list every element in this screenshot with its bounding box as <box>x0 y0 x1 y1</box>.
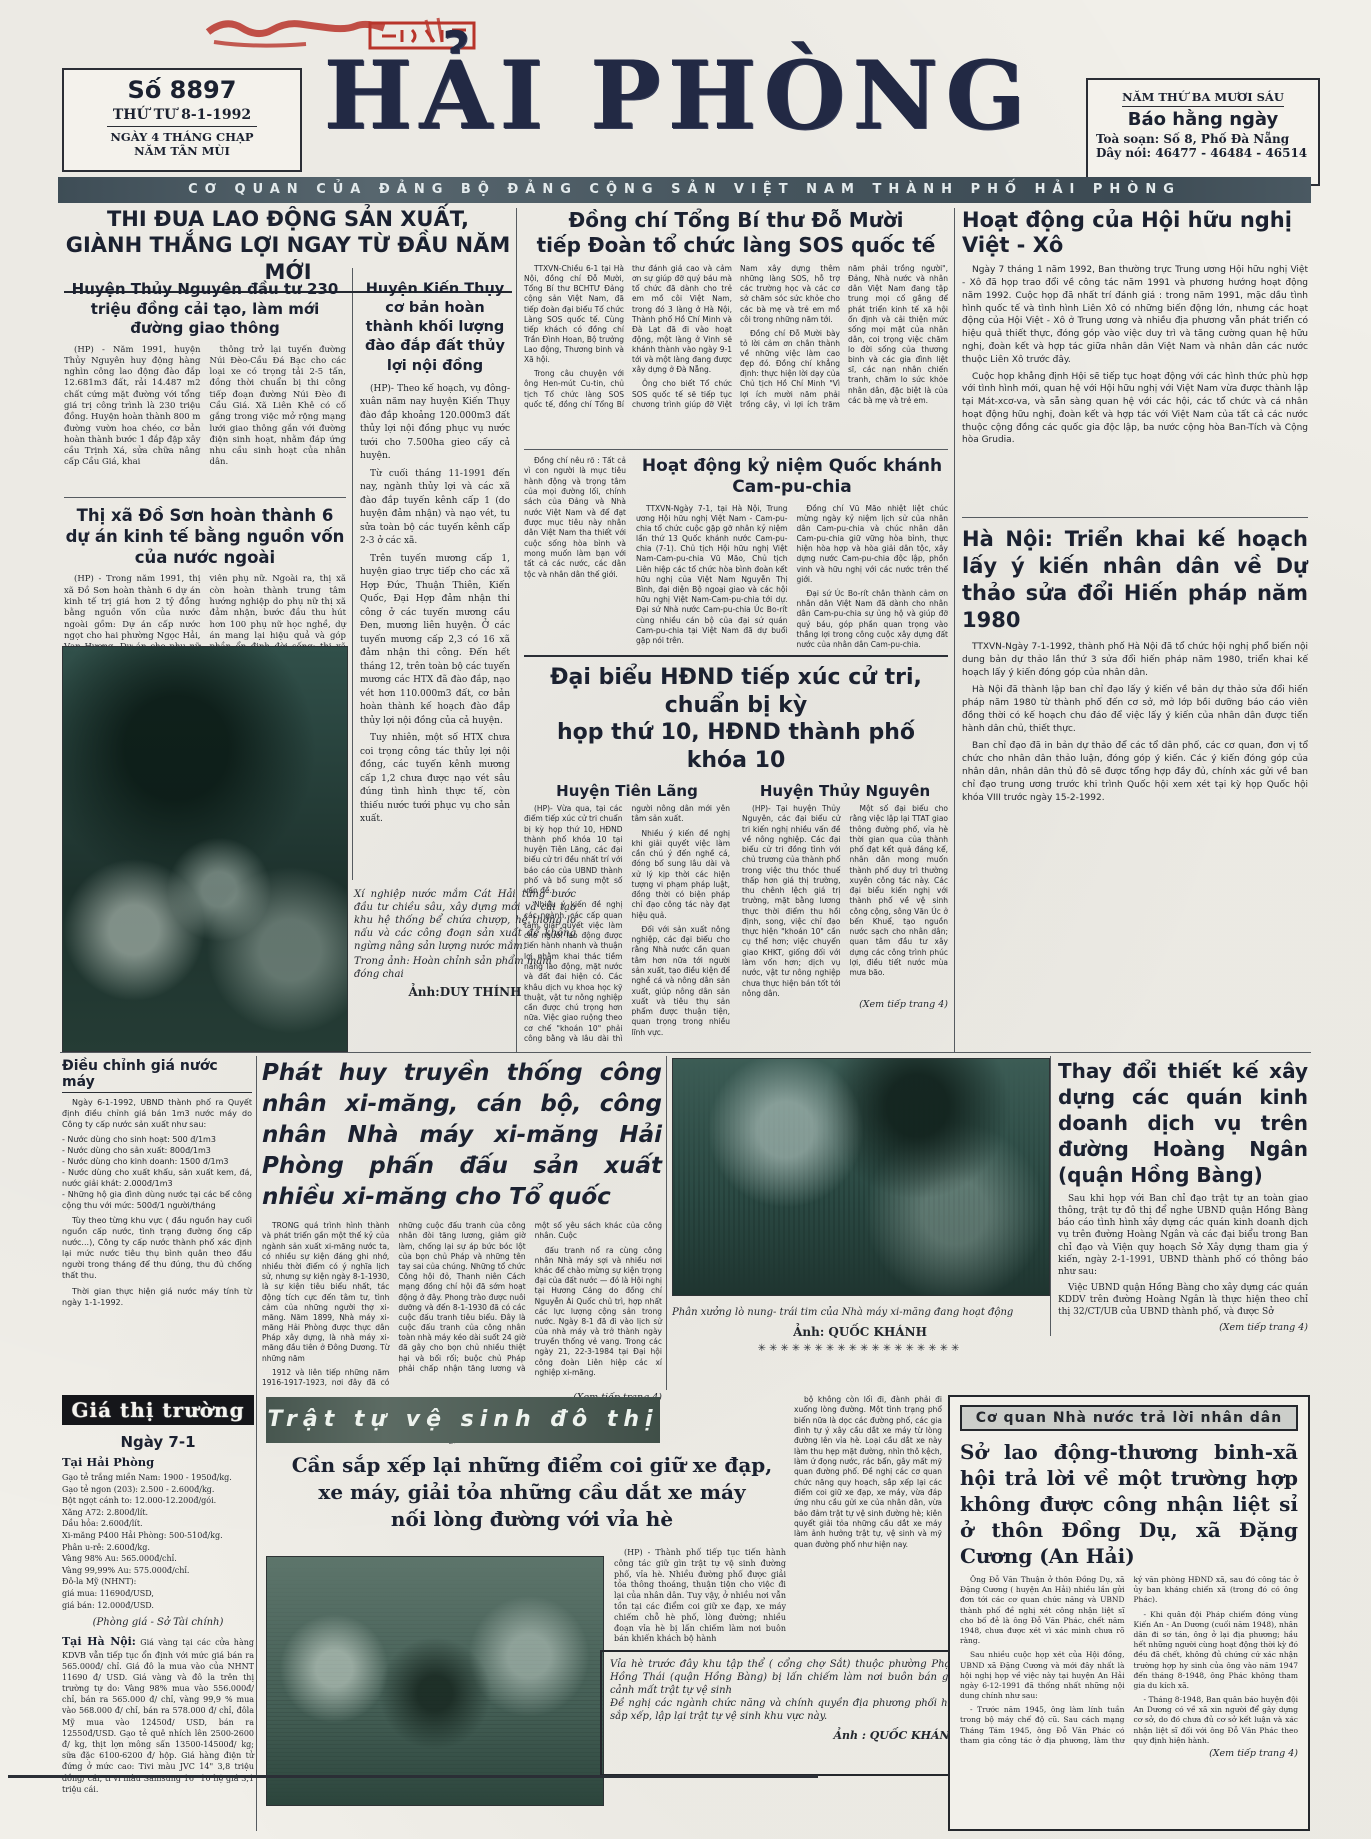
article-title-line2: tiếp Đoàn tổ chức làng SOS quốc tế <box>524 233 948 258</box>
photo-caption-box: Vỉa hè trước đây khu tập thể ( cổng chợ … <box>600 1650 970 1776</box>
subarticle-body: (HP)- Tại huyện Thủy Nguyên, các đại biể… <box>742 804 948 999</box>
price-line: Xăng A72: 2.800đ/lít. <box>62 1507 254 1519</box>
office-phone: Dây nói: 46477 - 46484 - 46514 <box>1092 146 1314 160</box>
article-title-line1: Đồng chí Tổng Bí thư Đỗ Mười <box>524 208 948 233</box>
article-kien-thuy-irrigation: Huyện Kiến Thụy cơ bản hoàn thành khối l… <box>360 280 510 831</box>
article-title-line2: Cam-pu-chia <box>636 477 948 498</box>
lunar-year: NĂM TÂN MÙI <box>68 144 296 158</box>
newspaper-title: HẢI PHÒNG <box>288 48 1068 146</box>
paragraph: Đối với sản xuất nông nghiệp, các đại bi… <box>632 925 731 1038</box>
paragraph: (HP) - Thành phố tiếp tục tiến hành công… <box>614 1548 786 1645</box>
article-body: TRONG quá trình hình thành và phát triển… <box>262 1221 662 1388</box>
divider <box>962 517 1308 518</box>
divider <box>60 1052 1311 1053</box>
paragraph: đấu tranh nổ ra cùng công nhân Nhà máy s… <box>535 1246 662 1378</box>
article-body: (HP)- Theo kế hoạch, vụ đông-xuân năm na… <box>360 383 510 827</box>
price-line: Vàng 98% Au: 565.000đ/chỉ. <box>62 1553 254 1565</box>
price-line: Gạo tẻ ngon (203): 2.500 - 2.600đ/kg. <box>62 1484 254 1496</box>
photo-credit: Ảnh : QUỐC KHÁNH <box>610 1729 960 1742</box>
article-do-muoi-sos: Đồng chí Tổng Bí thư Đỗ Mười tiếp Đoàn t… <box>524 208 948 410</box>
price-line: Xi-măng P400 Hải Phòng: 500-510đ/kg. <box>62 1530 254 1542</box>
paragraph: Ngày 7 tháng 1 năm 1992, Ban thường trực… <box>962 264 1308 366</box>
headline-line2: xe máy, giải tỏa những cầu dắt xe máy <box>268 1479 796 1506</box>
paragraph: Một số đại biểu cho rằng việc lập lại TT… <box>850 804 949 979</box>
divider <box>954 208 955 1053</box>
hanoi-price-text: Giá vàng tại các cửa hàng KDVB vẫn tiếp … <box>62 1638 254 1794</box>
section-market-prices: Giá thị trường Ngày 7-1 Tại Hải Phòng Gạ… <box>62 1395 254 1795</box>
urban-order-headline: Cần sắp xếp lại những điểm coi giữ xe đạ… <box>268 1452 796 1533</box>
photo-credit: Ảnh: QUỐC KHÁNH <box>672 1325 1048 1339</box>
bottom-rule <box>8 1775 818 1778</box>
article-thuy-nguyen-roads: Huyện Thủy Nguyên đầu tư 230 triệu đồng … <box>64 280 346 473</box>
price-line: Phân u-rê: 2.600đ/kg. <box>62 1542 254 1554</box>
subarticle-title: Huyện Tiên Lãng <box>524 782 730 800</box>
paragraph: (HP)- Theo kế hoạch, vụ đông-xuân năm na… <box>360 383 510 464</box>
price-item: - Nước dùng cho sản xuất: 800đ/1m3 <box>62 1145 252 1156</box>
paragraph: Tùy theo từng khu vực ( đầu nguồn hay cu… <box>62 1215 252 1281</box>
photo-cat-hai-fish-sauce <box>62 646 348 1052</box>
divider <box>256 1056 257 1831</box>
paragraph: Nhiều ý kiến đề nghị khi giải quyết việc… <box>632 829 731 921</box>
price-item: - Nước dùng cho sinh hoạt: 500 đ/1m3 <box>62 1134 252 1145</box>
divider <box>524 655 948 657</box>
paragraph: Đồng chí nêu rõ : Tất cả vì con người là… <box>524 456 626 580</box>
section-state-reply: Cơ quan Nhà nước trả lời nhân dân Sở lao… <box>948 1395 1310 1831</box>
article-body: Sau khi họp với Ban chỉ đạo trật tự an t… <box>1058 1193 1308 1318</box>
lunar-date: NGÀY 4 THÁNG CHẠP <box>68 130 296 144</box>
paragraph: (HP) - Năm 1991, huyện Thủy Nguyên huy đ… <box>64 345 201 469</box>
article-body: TTXVN-Chiều 6-1 tại Hà Nội, đồng chí Đỗ … <box>524 264 948 410</box>
campuchia-main: Hoạt động kỷ niệm Quốc khánh Cam-pu-chia… <box>636 456 948 652</box>
issue-box: Số 8897 THỨ TƯ 8-1-1992 NGÀY 4 THÁNG CHẠ… <box>62 68 302 172</box>
issue-number: Số 8897 <box>68 76 296 104</box>
subarticle-title: Huyện Thủy Nguyên <box>742 782 948 800</box>
article-title-line1: Đại biểu HĐND tiếp xúc cử tri, chuẩn bị … <box>524 664 948 719</box>
price-item: - Nước dùng cho xuất khẩu, sản xuất kem,… <box>62 1167 252 1189</box>
continued-note: (Xem tiếp trang 4) <box>1058 1322 1308 1333</box>
paragraph: bộ không còn lối đi, đành phải đi xuống … <box>794 1395 942 1550</box>
hanoi-prices: Tại Hà Nội: Giá vàng tại các cửa hàng KD… <box>62 1634 254 1795</box>
paragraph: TRONG quá trình hình thành và phát triển… <box>262 1221 389 1364</box>
paragraph: Từ cuối tháng 11-1991 đến nay, ngành thủ… <box>360 468 510 549</box>
photo-caption-kiln: Phân xưởng lò nung- trái tim của Nhà máy… <box>672 1300 1048 1354</box>
paragraph: Sau nhiều cuộc họp xét của Hội đồng, UBN… <box>960 1650 1125 1701</box>
urban-order-body-right: bộ không còn lối đi, đành phải đi xuống … <box>794 1395 942 1554</box>
newspaper-page: Số 8897 THỨ TƯ 8-1-1992 NGÀY 4 THÁNG CHẠ… <box>0 0 1371 1839</box>
divider <box>524 449 948 450</box>
year-label: NĂM THỨ BA MƯƠI SÁU <box>1122 90 1284 107</box>
paragraph: Hà Nội đã thành lập ban chỉ đạo lấy ý ki… <box>962 684 1308 736</box>
price-date: Ngày 7-1 <box>62 1433 254 1451</box>
article-campuchia-anniversary: Đồng chí nêu rõ : Tất cả vì con người là… <box>524 456 948 652</box>
paragraph: Việc UBND quận Hồng Bàng cho xây dựng cá… <box>1058 1282 1308 1318</box>
article-title: Huyện Thủy Nguyên đầu tư 230 triệu đồng … <box>64 280 346 339</box>
article-body: (HP) - Năm 1991, huyện Thủy Nguyên huy đ… <box>64 345 346 473</box>
paragraph: Ngày 6-1-1992, UBND thành phố ra Quyết đ… <box>62 1097 252 1130</box>
price-line: Dầu hỏa: 2.600đ/lít. <box>62 1518 254 1530</box>
paragraph: Cuộc họp khẳng định Hội sẽ tiếp tục hoạt… <box>962 371 1308 448</box>
paragraph: - Khi quân đội Pháp chiếm đóng vùng Kiến… <box>1134 1610 1299 1692</box>
article-body: Ngày 7 tháng 1 năm 1992, Ban thường trực… <box>962 264 1308 447</box>
price-line: Đô-la Mỹ (NHNT): <box>62 1576 254 1588</box>
article-title: Thay đổi thiết kế xây dựng các quán kinh… <box>1058 1058 1308 1188</box>
price-line: giá mua: 11690đ/USD, <box>62 1588 254 1600</box>
paragraph: Đại sứ Úc Bo-rít chân thành cảm ơn nhân … <box>797 589 949 650</box>
paragraph: thông trở lại tuyến đường Núi Đèo-Cầu Đá… <box>210 345 347 469</box>
headline-line3: nối lòng đường với vỉa hè <box>268 1506 796 1533</box>
section-header: Giá thị trường <box>62 1395 254 1425</box>
article-title: Huyện Kiến Thụy cơ bản hoàn thành khối l… <box>360 280 510 376</box>
article-title: Điều chỉnh giá nước máy <box>62 1058 252 1093</box>
article-title: Thị xã Đồ Sơn hoàn thành 6 dự án kinh tế… <box>64 505 346 568</box>
continued-note: (Xem tiếp trang 4) <box>742 999 948 1010</box>
subarticle-tien-lang: Huyện Tiên Lãng (HP)- Vừa qua, tại các đ… <box>524 782 730 1044</box>
paragraph: TTXVN-Chiều 6-1 tại Hà Nội, đồng chí Đỗ … <box>524 264 624 365</box>
paragraph: Tuy nhiên, một số HTX chưa coi trọng côn… <box>360 732 510 827</box>
divider <box>1050 1056 1051 1336</box>
paragraph: (HP)- Tại huyện Thủy Nguyên, các đại biể… <box>742 804 841 999</box>
divider <box>666 1056 667 1390</box>
divider <box>64 497 346 498</box>
paragraph: TTXVN-Ngày 7-1-1992, thành phố Hà Nội đã… <box>962 641 1308 680</box>
price-line: Gạo tẻ trắng miền Nam: 1900 - 1950đ/kg. <box>62 1472 254 1484</box>
daily-label: Báo hằng ngày <box>1092 109 1314 130</box>
article-hanoi-constitution: Hà Nội: Triển khai kế hoạch lấy ý kiến n… <box>962 526 1308 809</box>
caption-text-2: Đề nghị các ngành chức năng và chính quy… <box>610 1697 960 1723</box>
article-title-line2: họp thứ 10, HĐND thành phố khóa 10 <box>524 719 948 774</box>
price-item: - Những hộ gia đình dùng nước tại các bể… <box>62 1189 252 1211</box>
paragraph: Ban chỉ đạo đã in bản dự thảo để các tổ … <box>962 740 1308 805</box>
article-title: Hoạt động của Hội hữu nghị Việt - Xô <box>962 208 1308 258</box>
article-title: Hà Nội: Triển khai kế hoạch lấy ý kiến n… <box>962 526 1308 634</box>
continued-note: (Xem tiếp trang 4) <box>960 1748 1298 1759</box>
party-organ-banner: CƠ QUAN CỦA ĐẢNG BỘ ĐẢNG CỘNG SẢN VIỆT N… <box>58 177 1311 203</box>
caption-text: Phân xưởng lò nung- trái tim của Nhà máy… <box>672 1307 1013 1318</box>
hdnd-subarticles: Huyện Tiên Lãng (HP)- Vừa qua, tại các đ… <box>524 782 948 1044</box>
issue-date: THỨ TƯ 8-1-1992 <box>107 106 257 127</box>
paragraph: - Tháng 8-1948, Ban quân báo huyện đội A… <box>1134 1695 1299 1746</box>
article-hdnd-meetings: Đại biểu HĐND tiếp xúc cử tri, chuẩn bị … <box>524 664 948 1044</box>
photo-kiln-workshop <box>672 1058 1050 1296</box>
divider <box>352 268 353 880</box>
paragraph: Sau khi họp với Ban chỉ đạo trật tự an t… <box>1058 1193 1308 1278</box>
lead-headline-line1: THI ĐUA LAO ĐỘNG SẢN XUẤT, <box>64 206 512 232</box>
article-hoang-ngan-kiosks: Thay đổi thiết kế xây dựng các quán kinh… <box>1058 1058 1308 1333</box>
subarticle-body: (HP)- Vừa qua, tại các điểm tiếp xúc cử … <box>524 804 730 1044</box>
price-line: Bột ngọt cánh to: 12.000-12.200đ/gói. <box>62 1495 254 1507</box>
price-line: Vàng 99,99% Au: 575.000đ/chỉ. <box>62 1565 254 1577</box>
lead-headline-line2: GIÀNH THẮNG LỢI NGAY TỪ ĐẦU NĂM MỚI <box>64 232 512 285</box>
price-list: Gạo tẻ trắng miền Nam: 1900 - 1950đ/kg. … <box>62 1472 254 1611</box>
article-title-line1: Hoạt động kỷ niệm Quốc khánh <box>636 456 948 477</box>
paragraph: Đồng chí Vũ Mão nhiệt liệt chúc mừng ngà… <box>797 504 949 586</box>
article-ximang-tradition: Phát huy truyền thống công nhân xi-măng,… <box>262 1058 662 1445</box>
location-hanoi: Tại Hà Nội: <box>62 1635 136 1648</box>
price-line: giá bán: 12.000đ/USD. <box>62 1600 254 1612</box>
do-muoi-continuation: Đồng chí nêu rõ : Tất cả vì con người là… <box>524 456 626 652</box>
section-header: Cơ quan Nhà nước trả lời nhân dân <box>960 1405 1298 1431</box>
article-viet-xo-friendship: Hoạt động của Hội hữu nghị Việt - Xô Ngà… <box>962 208 1308 451</box>
office-address: Toà soạn: Số 8, Phố Đà Nẵng <box>1092 132 1314 146</box>
paragraph: TTXVN-Ngày 7-1, tại Hà Nội, Trung ương H… <box>636 504 788 647</box>
urban-order-body-mid: (HP) - Thành phố tiếp tục tiến hành công… <box>614 1548 786 1649</box>
article-water-price: Điều chỉnh giá nước máy Ngày 6-1-1992, U… <box>62 1058 252 1312</box>
caption-text-1: Vỉa hè trước đây khu tập thể ( cổng chợ … <box>610 1658 960 1697</box>
price-item: - Nước dùng cho kinh doanh: 1500 đ/1m3 <box>62 1156 252 1167</box>
paragraph: Thời gian thực hiện giá nước máy tính từ… <box>62 1286 252 1308</box>
article-body: Ông Đỗ Văn Thuận ở thôn Đồng Dụ, xã Đặng… <box>960 1575 1298 1748</box>
ornament-separator: ✳✳✳✳✳✳✳✳✳✳✳✳✳✳✳✳✳✳ <box>672 1343 1048 1354</box>
paragraph: (HP)- Vừa qua, tại các điểm tiếp xúc cử … <box>524 804 623 896</box>
article-body: TTXVN-Ngày 7-1, tại Hà Nội, Trung ương H… <box>636 504 948 653</box>
article-title: Sở lao động-thương binh-xã hội trả lời v… <box>960 1439 1298 1569</box>
photo-street-scene <box>266 1556 604 1806</box>
article-title: Phát huy truyền thống công nhân xi-măng,… <box>262 1058 662 1213</box>
publisher-info-box: NĂM THỨ BA MƯƠI SÁU Báo hằng ngày Toà so… <box>1086 78 1320 186</box>
paragraph: Ông Đỗ Văn Thuận ở thôn Đồng Dụ, xã Đặng… <box>960 1575 1125 1646</box>
paragraph: Trên tuyến mương cấp 1, huyện giao trực … <box>360 553 510 729</box>
subarticle-thuy-nguyen: Huyện Thủy Nguyên (HP)- Tại huyện Thủy N… <box>742 782 948 1044</box>
location-haiphong: Tại Hải Phòng <box>62 1455 254 1469</box>
article-body: TTXVN-Ngày 7-1-1992, thành phố Hà Nội đã… <box>962 641 1308 806</box>
headline-line1: Cần sắp xếp lại những điểm coi giữ xe đạ… <box>268 1452 796 1479</box>
price-source: (Phòng giá - Sở Tài chính) <box>62 1617 254 1628</box>
section-banner-urban-order: Trật tự vệ sinh đô thị <box>266 1397 660 1443</box>
article-body: Ngày 6-1-1992, UBND thành phố ra Quyết đ… <box>62 1097 252 1308</box>
